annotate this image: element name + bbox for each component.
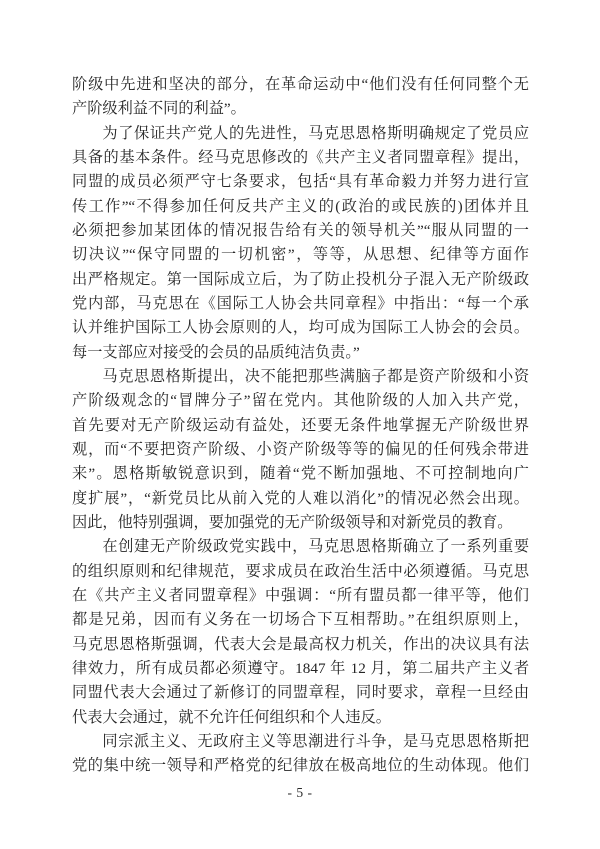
text-line: 传工作”“不得参加任何反共产主义的(政治的或民族的)团体并且 bbox=[72, 195, 529, 219]
text-line: 因此，他特别强调，要加强党的无产阶级领导和对新党员的教育。 bbox=[72, 511, 529, 535]
text-line: 每一支部应对接受的会员的品质纯洁负责。” bbox=[72, 341, 529, 365]
text-line: 马克思恩格斯强调，代表大会是最高权力机关，作出的决议具有法 bbox=[72, 633, 529, 657]
text-line: 同盟代表大会通过了新修订的同盟章程，同时要求，章程一旦经由 bbox=[72, 681, 529, 705]
text-line: 阶级中先进和坚决的部分，在革命运动中“他们没有任何同整个无 bbox=[72, 73, 529, 97]
text-line: 同宗派主义、无政府主义等思潮进行斗争，是马克思恩格斯把 bbox=[72, 730, 529, 754]
text-line: 必须把参加某团体的情况报告给有关的领导机关”“服从同盟的一 bbox=[72, 219, 529, 243]
text-line: 观，而“不要把资产阶级、小资产阶级等等的偏见的任何残余带进 bbox=[72, 438, 529, 462]
text-line: 马克思恩格斯提出，决不能把那些满脑子都是资产阶级和小资 bbox=[72, 365, 529, 389]
text-line: 首先要对无产阶级运动有益处，还要无条件地掌握无产阶级世界 bbox=[72, 414, 529, 438]
document-page: 阶级中先进和坚决的部分，在革命运动中“他们没有任何同整个无产阶级利益不同的利益”… bbox=[0, 0, 600, 849]
text-line: 党的集中统一领导和严格党的纪律放在极高地位的生动体现。他们 bbox=[72, 754, 529, 778]
page-number: - 5 - bbox=[0, 785, 600, 801]
text-line: 在《共产主义者同盟章程》中强调：“所有盟员都一律平等，他们 bbox=[72, 584, 529, 608]
text-line: 同盟的成员必须严守七条要求，包括“具有革命毅力并努力进行宣 bbox=[72, 170, 529, 194]
text-line: 切决议”“保守同盟的一切机密”，等等，从思想、纪律等方面作 bbox=[72, 243, 529, 267]
text-line: 具备的基本条件。经马克思修改的《共产主义者同盟章程》提出， bbox=[72, 146, 529, 170]
text-line: 认并维护国际工人协会原则的人，均可成为国际工人协会的会员。 bbox=[72, 316, 529, 340]
page-text: 阶级中先进和坚决的部分，在革命运动中“他们没有任何同整个无产阶级利益不同的利益”… bbox=[72, 73, 529, 779]
text-line: 代表大会通过，就不允许任何组织和个人违反。 bbox=[72, 706, 529, 730]
text-line: 产阶级利益不同的利益”。 bbox=[72, 97, 529, 121]
text-line: 度扩展”，“新党员比从前入党的人难以消化”的情况必然会出现。 bbox=[72, 487, 529, 511]
text-line: 产阶级观念的“冒牌分子”留在党内。其他阶级的人加入共产党， bbox=[72, 389, 529, 413]
text-line: 党内部，马克思在《国际工人协会共同章程》中指出：“每一个承 bbox=[72, 292, 529, 316]
text-line: 出严格规定。第一国际成立后，为了防止投机分子混入无产阶级政 bbox=[72, 268, 529, 292]
text-line: 律效力，所有成员都必须遵守。1847 年 12 月，第二届共产主义者 bbox=[72, 657, 529, 681]
text-line: 来”。恩格斯敏锐意识到，随着“党不断加强地、不可控制地向广 bbox=[72, 462, 529, 486]
text-line: 都是兄弟，因而有义务在一切场合下互相帮助。”在组织原则上， bbox=[72, 608, 529, 632]
text-line: 为了保证共产党人的先进性，马克思恩格斯明确规定了党员应 bbox=[72, 122, 529, 146]
text-line: 在创建无产阶级政党实践中，马克思恩格斯确立了一系列重要 bbox=[72, 535, 529, 559]
text-line: 的组织原则和纪律规范，要求成员在政治生活中必须遵循。马克思 bbox=[72, 560, 529, 584]
